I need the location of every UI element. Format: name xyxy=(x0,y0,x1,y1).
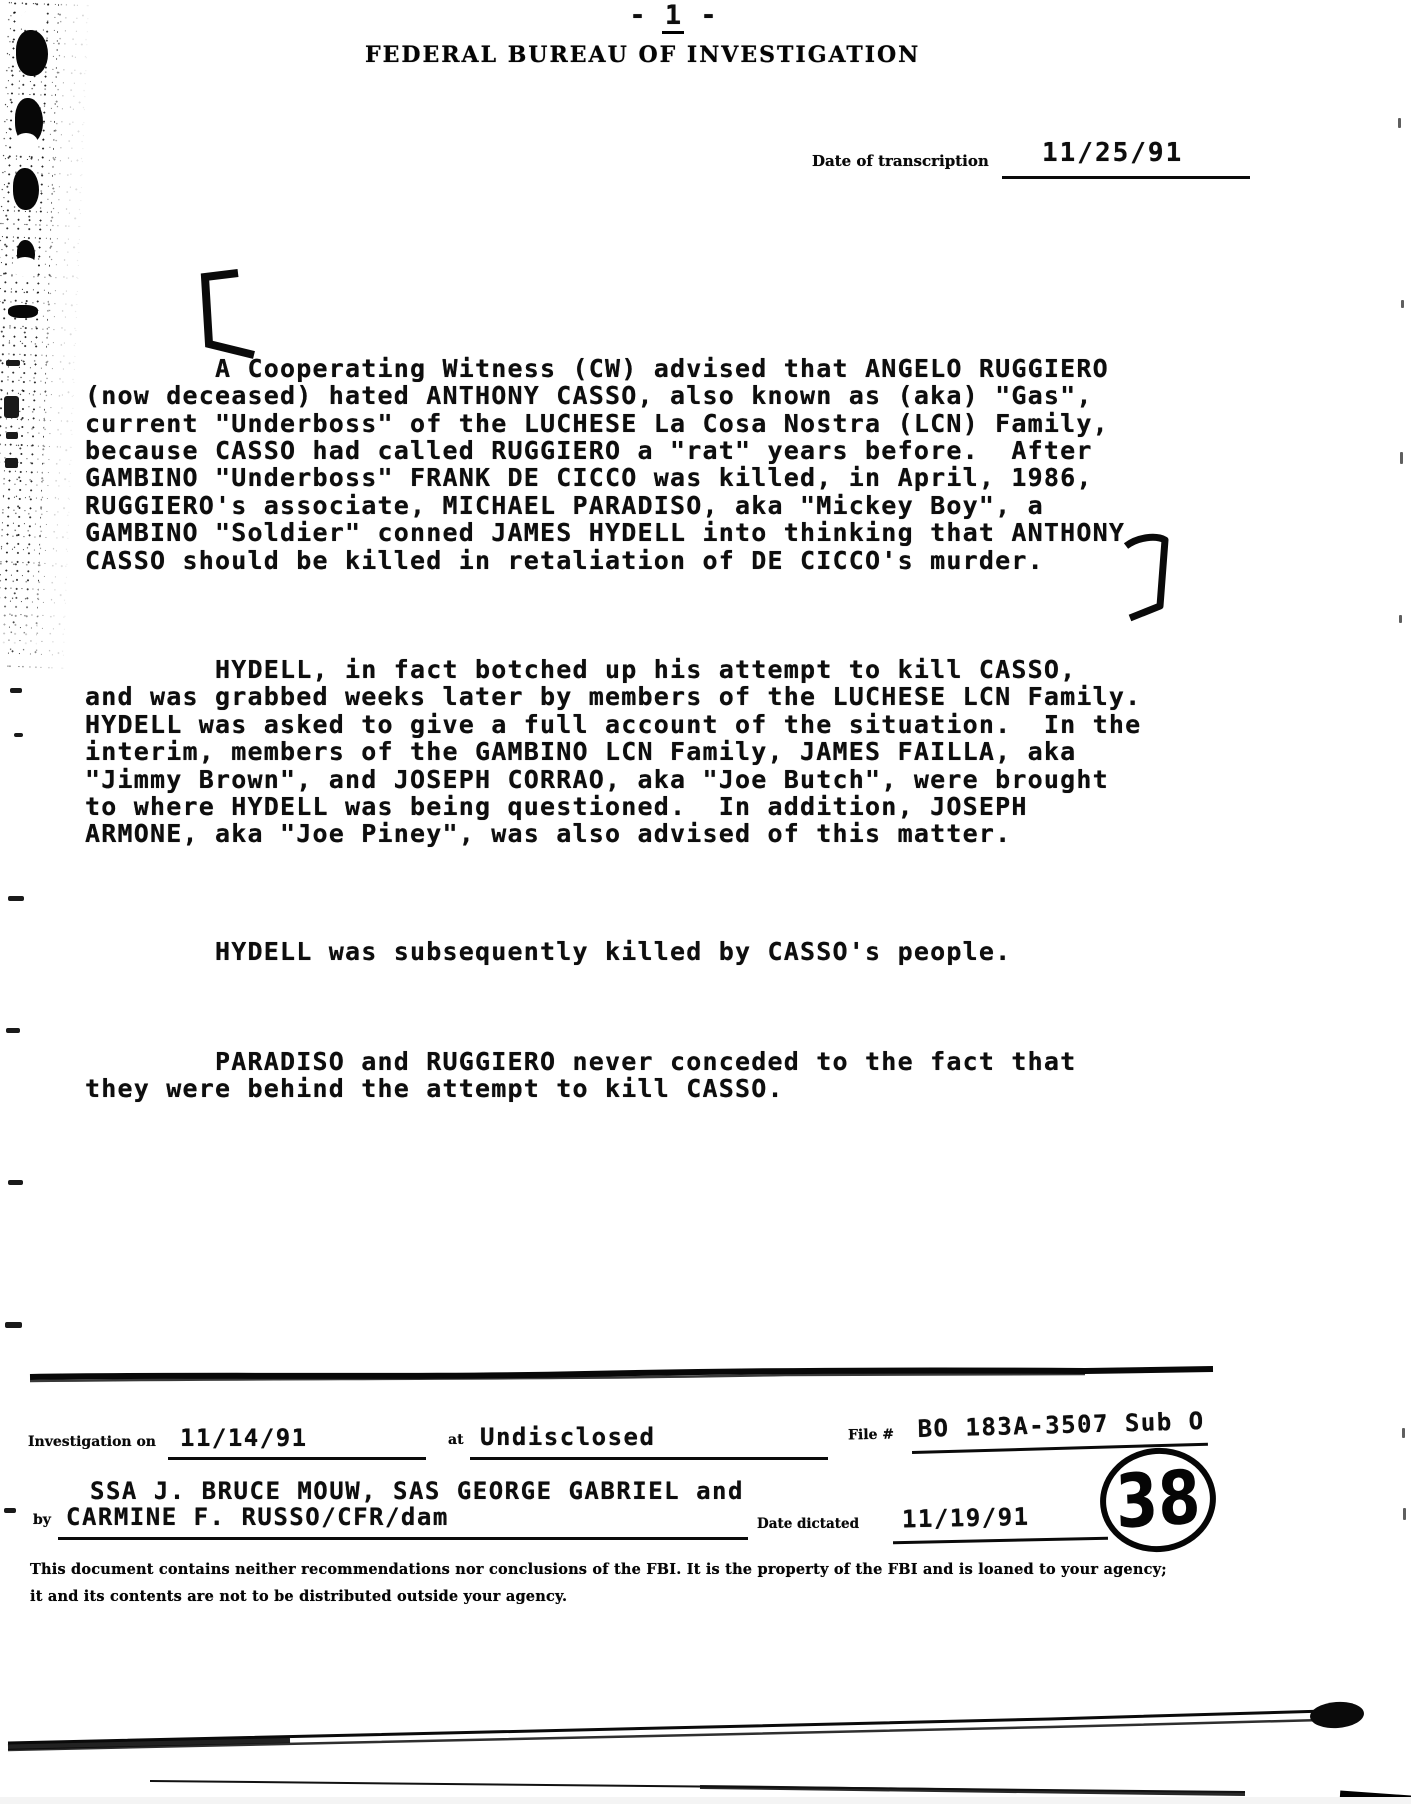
paragraph: HYDELL was subsequently killed by CASSO'… xyxy=(85,938,1215,965)
ink-blob xyxy=(13,168,39,210)
scan-mark xyxy=(1402,1428,1405,1438)
footer-separator-line xyxy=(25,1362,1220,1386)
page-number-value: 1 xyxy=(662,0,684,34)
scan-streaks-bottom xyxy=(0,1695,1411,1804)
hole-punch xyxy=(12,257,38,277)
file-number-label: File # xyxy=(848,1427,894,1444)
scan-mark xyxy=(6,360,20,366)
paragraph: HYDELL, in fact botched up his attempt t… xyxy=(85,656,1215,848)
scan-mark xyxy=(4,396,19,418)
paragraph: A Cooperating Witness (CW) advised that … xyxy=(85,355,1215,574)
date-of-transcription-label: Date of transcription xyxy=(812,152,989,170)
underline xyxy=(893,1537,1108,1545)
scan-mark xyxy=(4,1508,16,1513)
page-number: - 1 - xyxy=(628,0,718,31)
ink-blob xyxy=(16,30,48,76)
date-of-transcription-value: 11/25/91 xyxy=(1042,138,1183,168)
scan-mark xyxy=(8,1180,23,1185)
disclaimer-text: This document contains neither recommend… xyxy=(30,1556,1130,1610)
underline xyxy=(168,1457,426,1460)
ink-blob xyxy=(8,305,38,318)
scan-mark xyxy=(1398,118,1401,128)
hole-punch xyxy=(20,10,46,30)
investigation-on-label: Investigation on xyxy=(28,1434,156,1450)
scan-page-edge xyxy=(0,1797,1411,1804)
investigation-location-value: Undisclosed xyxy=(480,1423,655,1451)
scan-mark xyxy=(14,733,23,737)
at-label: at xyxy=(448,1432,464,1448)
document-body: A Cooperating Witness (CW) advised that … xyxy=(85,300,1215,1157)
agents-line: SSA J. BRUCE MOUW, SAS GEORGE GABRIEL an… xyxy=(90,1477,744,1505)
date-dictated-label: Date dictated xyxy=(757,1516,859,1532)
scan-mark xyxy=(1401,300,1404,308)
file-number-value: BO 183A-3507 Sub O xyxy=(917,1407,1205,1443)
hole-punch xyxy=(14,133,38,153)
scan-mark xyxy=(1403,1508,1406,1520)
underline xyxy=(1002,176,1250,179)
by-label: by xyxy=(33,1512,51,1528)
paragraph: PARADISO and RUGGIERO never conceded to … xyxy=(85,1048,1215,1103)
investigation-date-value: 11/14/91 xyxy=(180,1424,308,1452)
date-dictated-value: 11/19/91 xyxy=(902,1503,1030,1534)
by-value: CARMINE F. RUSSO/CFR/dam xyxy=(66,1503,449,1531)
scan-mark xyxy=(1400,452,1403,464)
scan-mark xyxy=(6,432,18,439)
scan-mark xyxy=(5,458,18,468)
scan-mark xyxy=(8,896,24,901)
underline xyxy=(58,1537,748,1540)
circled-number-value: 38 xyxy=(1107,1449,1209,1551)
fbi-302-document-page: - 1 - FEDERAL BUREAU OF INVESTIGATION Da… xyxy=(0,0,1411,1804)
scan-mark xyxy=(5,1322,22,1328)
handwritten-circled-page-stamp: 38 xyxy=(1098,1446,1218,1556)
underline xyxy=(470,1457,828,1460)
scan-mark xyxy=(10,688,22,693)
scan-mark xyxy=(1399,615,1402,623)
scan-mark xyxy=(6,1028,20,1033)
document-title: FEDERAL BUREAU OF INVESTIGATION xyxy=(365,42,920,68)
